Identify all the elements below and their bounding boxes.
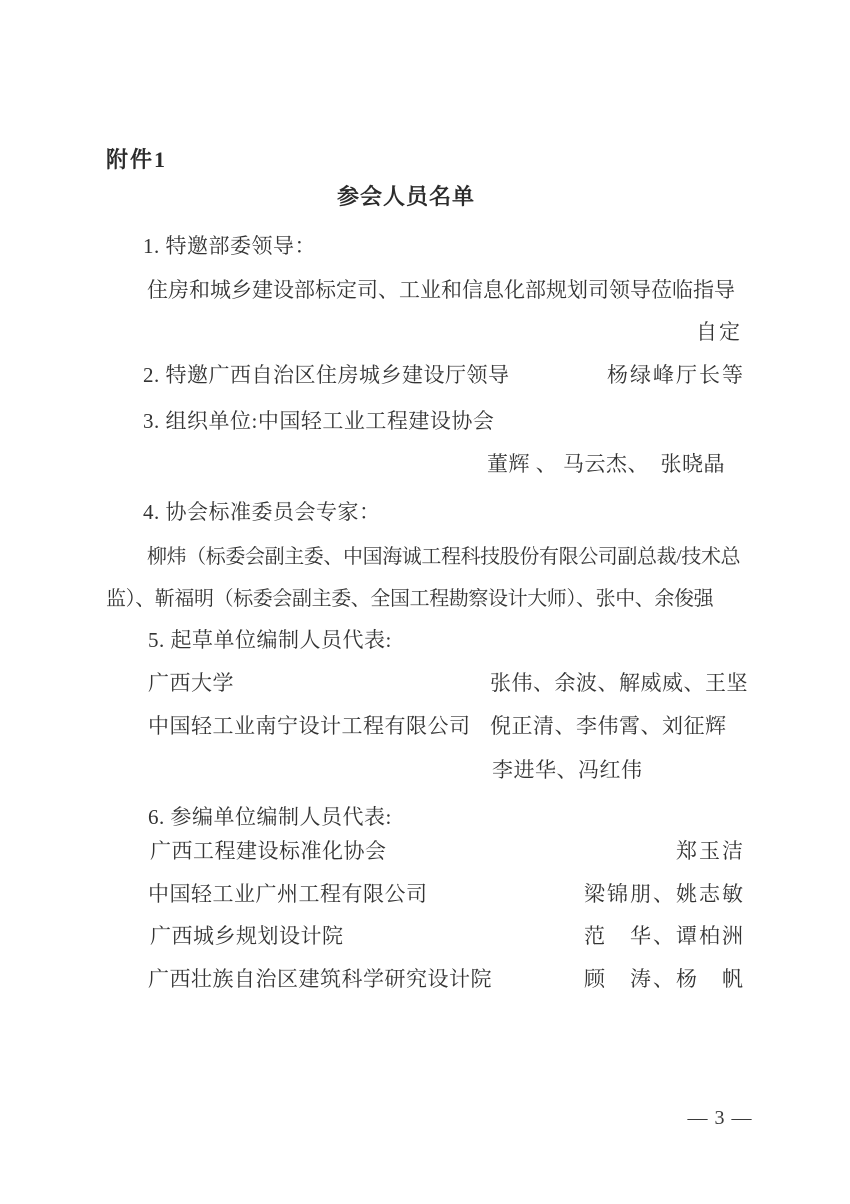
item5-heading: 5. 起草单位编制人员代表: xyxy=(148,628,392,652)
item5-row-names: 李进华、冯红伟 xyxy=(492,758,643,782)
item6-row-names: 顾 涛、杨 帆 xyxy=(0,967,745,991)
item1-body: 住房和城乡建设部标定司、工业和信息化部规划司领导莅临指导 xyxy=(147,278,735,302)
item4-body-line2: 监）、靳福明（标委会副主委、全国工程勘察设计大师）、张中、余俊强 xyxy=(106,587,713,611)
item1-heading: 1. 特邀部委领导： xyxy=(143,234,316,258)
item5-row-names: 张伟、余波、解威威、王坚 xyxy=(490,671,748,695)
page-title: 参会人员名单 xyxy=(0,185,812,209)
item5-row-unit: 广西大学 xyxy=(148,671,234,695)
item3-names: 董辉 、 马云杰、 张晓晶 xyxy=(487,452,725,476)
attachment-label: 附件1 xyxy=(106,148,167,172)
page-number: — 3 — xyxy=(620,1106,820,1130)
item1-assignee: 自定 xyxy=(0,320,742,344)
item6-row-names: 郑玉洁 xyxy=(0,839,745,863)
item5-row-unit: 中国轻工业南宁设计工程有限公司 xyxy=(148,714,471,738)
document-page: 附件1 参会人员名单 1. 特邀部委领导： 住房和城乡建设部标定司、工业和信息化… xyxy=(0,0,850,1204)
item6-row-names: 梁锦朋、姚志敏 xyxy=(0,882,745,906)
item6-row-names: 范 华、谭柏洲 xyxy=(0,924,745,948)
item3-heading: 3. 组织单位:中国轻工业工程建设协会 xyxy=(143,409,494,433)
item5-row-names: 倪正清、李伟霄、刘征辉 xyxy=(490,714,727,738)
item4-body-line1: 柳炜（标委会副主委、中国海诚工程科技股份有限公司副总裁/技术总 xyxy=(147,545,740,569)
item6-heading: 6. 参编单位编制人员代表: xyxy=(148,805,392,829)
item4-heading: 4. 协会标准委员会专家： xyxy=(143,500,381,524)
item2-names: 杨绿峰厅长等 xyxy=(0,363,745,387)
